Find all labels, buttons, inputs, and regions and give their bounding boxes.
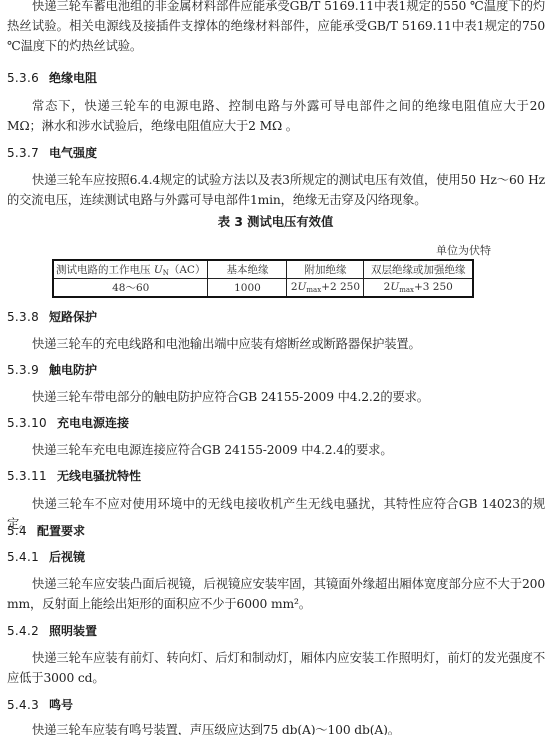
- cell-prefix: 2: [291, 281, 298, 293]
- heading-number: 5.4.1: [7, 549, 39, 565]
- heading-5-4-2: 5.4.2照明装置: [7, 623, 97, 639]
- heading-5-4-1: 5.4.1后视镜: [7, 549, 85, 565]
- paragraph-lighting: 快递三轮车应装有前灯、转向灯、后灯和制动灯，厢体内应安装工作照明灯，前灯的发光强…: [7, 648, 545, 688]
- paragraph-rear-mirror: 快递三轮车应安装凸面后视镜，后视镜应安装牢固，其镜面外缘超出厢体宽度部分应不大于…: [7, 574, 545, 614]
- heading-5-3-11: 5.3.11无线电骚扰特性: [7, 468, 141, 484]
- cell-symbol-sub: max: [306, 286, 321, 294]
- paragraph-dielectric: 快递三轮车应按照6.4.4规定的试验方法以及表3所规定的测试电压有效值，使用50…: [7, 170, 545, 210]
- heading-number: 5.3.6: [7, 70, 39, 86]
- table-header-cell: 双层绝缘或加强绝缘: [364, 260, 473, 279]
- table-row: 48～60 1000 2Umax+2 250 2Umax+3 250: [53, 279, 473, 298]
- heading-title: 触电防护: [49, 363, 97, 377]
- heading-5-3-8: 5.3.8短路保护: [7, 309, 97, 325]
- heading-title: 无线电骚扰特性: [57, 469, 141, 483]
- heading-number: 5.4: [7, 523, 27, 539]
- heading-title: 后视镜: [49, 550, 85, 564]
- cell-suffix: +3 250: [414, 281, 453, 293]
- cell-symbol: U: [390, 281, 399, 293]
- heading-number: 5.3.8: [7, 309, 39, 325]
- heading-number: 5.4.2: [7, 623, 39, 639]
- heading-number: 5.3.7: [7, 145, 39, 161]
- heading-5-3-9: 5.3.9触电防护: [7, 362, 97, 378]
- heading-title: 鸣号: [49, 698, 73, 712]
- table-header-cell: 基本绝缘: [208, 260, 287, 279]
- header-symbol: U: [154, 264, 163, 276]
- paragraph-shock-protection: 快递三轮车带电部分的触电防护应符合GB 24155-2009 中4.2.2的要求…: [7, 387, 545, 407]
- heading-number: 5.4.3: [7, 697, 39, 713]
- heading-title: 短路保护: [49, 310, 97, 324]
- paragraph-insulation: 常态下，快递三轮车的电源电路、控制电路与外露可导电部件之间的绝缘电阻值应大于20…: [7, 96, 545, 136]
- paragraph-short-circuit: 快递三轮车的充电线路和电池输出端中应装有熔断丝或断路器保护装置。: [7, 334, 545, 354]
- cell-suffix: +2 250: [321, 281, 360, 293]
- heading-title: 电气强度: [49, 146, 97, 160]
- heading-5-3-6: 5.3.6绝缘电阻: [7, 70, 97, 86]
- table-header-row: 测试电路的工作电压 UN（AC） 基本绝缘 附加绝缘 双层绝缘或加强绝缘: [53, 260, 473, 279]
- test-voltage-table: 测试电路的工作电压 UN（AC） 基本绝缘 附加绝缘 双层绝缘或加强绝缘 48～…: [52, 259, 474, 298]
- table-cell-supplementary: 2Umax+2 250: [287, 279, 364, 298]
- header-text: 测试电路的工作电压: [56, 264, 154, 276]
- heading-5-3-10: 5.3.10充电电源连接: [7, 415, 129, 431]
- table-header-cell: 测试电路的工作电压 UN（AC）: [53, 260, 208, 279]
- heading-number: 5.3.9: [7, 362, 39, 378]
- heading-5-3-7: 5.3.7电气强度: [7, 145, 97, 161]
- cell-symbol-sub: max: [399, 286, 414, 294]
- heading-number: 5.3.10: [7, 415, 47, 431]
- heading-title: 配置要求: [37, 524, 85, 538]
- heading-title: 照明装置: [49, 624, 97, 638]
- header-suffix: （AC）: [169, 264, 206, 276]
- table-unit-note: 单位为伏特: [436, 244, 491, 258]
- heading-title: 绝缘电阻: [49, 71, 97, 85]
- heading-5-4-3: 5.4.3鸣号: [7, 697, 73, 713]
- paragraph-radio-interference: 快递三轮车不应对使用环境中的无线电接收机产生无线电骚扰，其特性应符合GB 140…: [7, 494, 545, 534]
- paragraph-charging-connection: 快递三轮车充电电源连接应符合GB 24155-2009 中4.2.4的要求。: [7, 440, 545, 460]
- heading-title: 充电电源连接: [57, 416, 129, 430]
- heading-number: 5.3.11: [7, 468, 47, 484]
- table-header-cell: 附加绝缘: [287, 260, 364, 279]
- heading-5-4: 5.4配置要求: [7, 523, 85, 539]
- table-title: 表 3 测试电压有效值: [0, 214, 551, 230]
- table-cell-basic: 1000: [208, 279, 287, 298]
- table-cell-voltage: 48～60: [53, 279, 208, 298]
- document-page: 快递三轮车蓄电池组的非金属材料部件应能承受GB/T 5169.11中表1规定的5…: [0, 0, 551, 735]
- paragraph-horn: 快递三轮车应装有鸣号装置，声压级应达到75 db(A)～100 db(A)。: [7, 720, 545, 735]
- paragraph-glow-wire: 快递三轮车蓄电池组的非金属材料部件应能承受GB/T 5169.11中表1规定的5…: [7, 0, 545, 56]
- table-cell-reinforced: 2Umax+3 250: [364, 279, 473, 298]
